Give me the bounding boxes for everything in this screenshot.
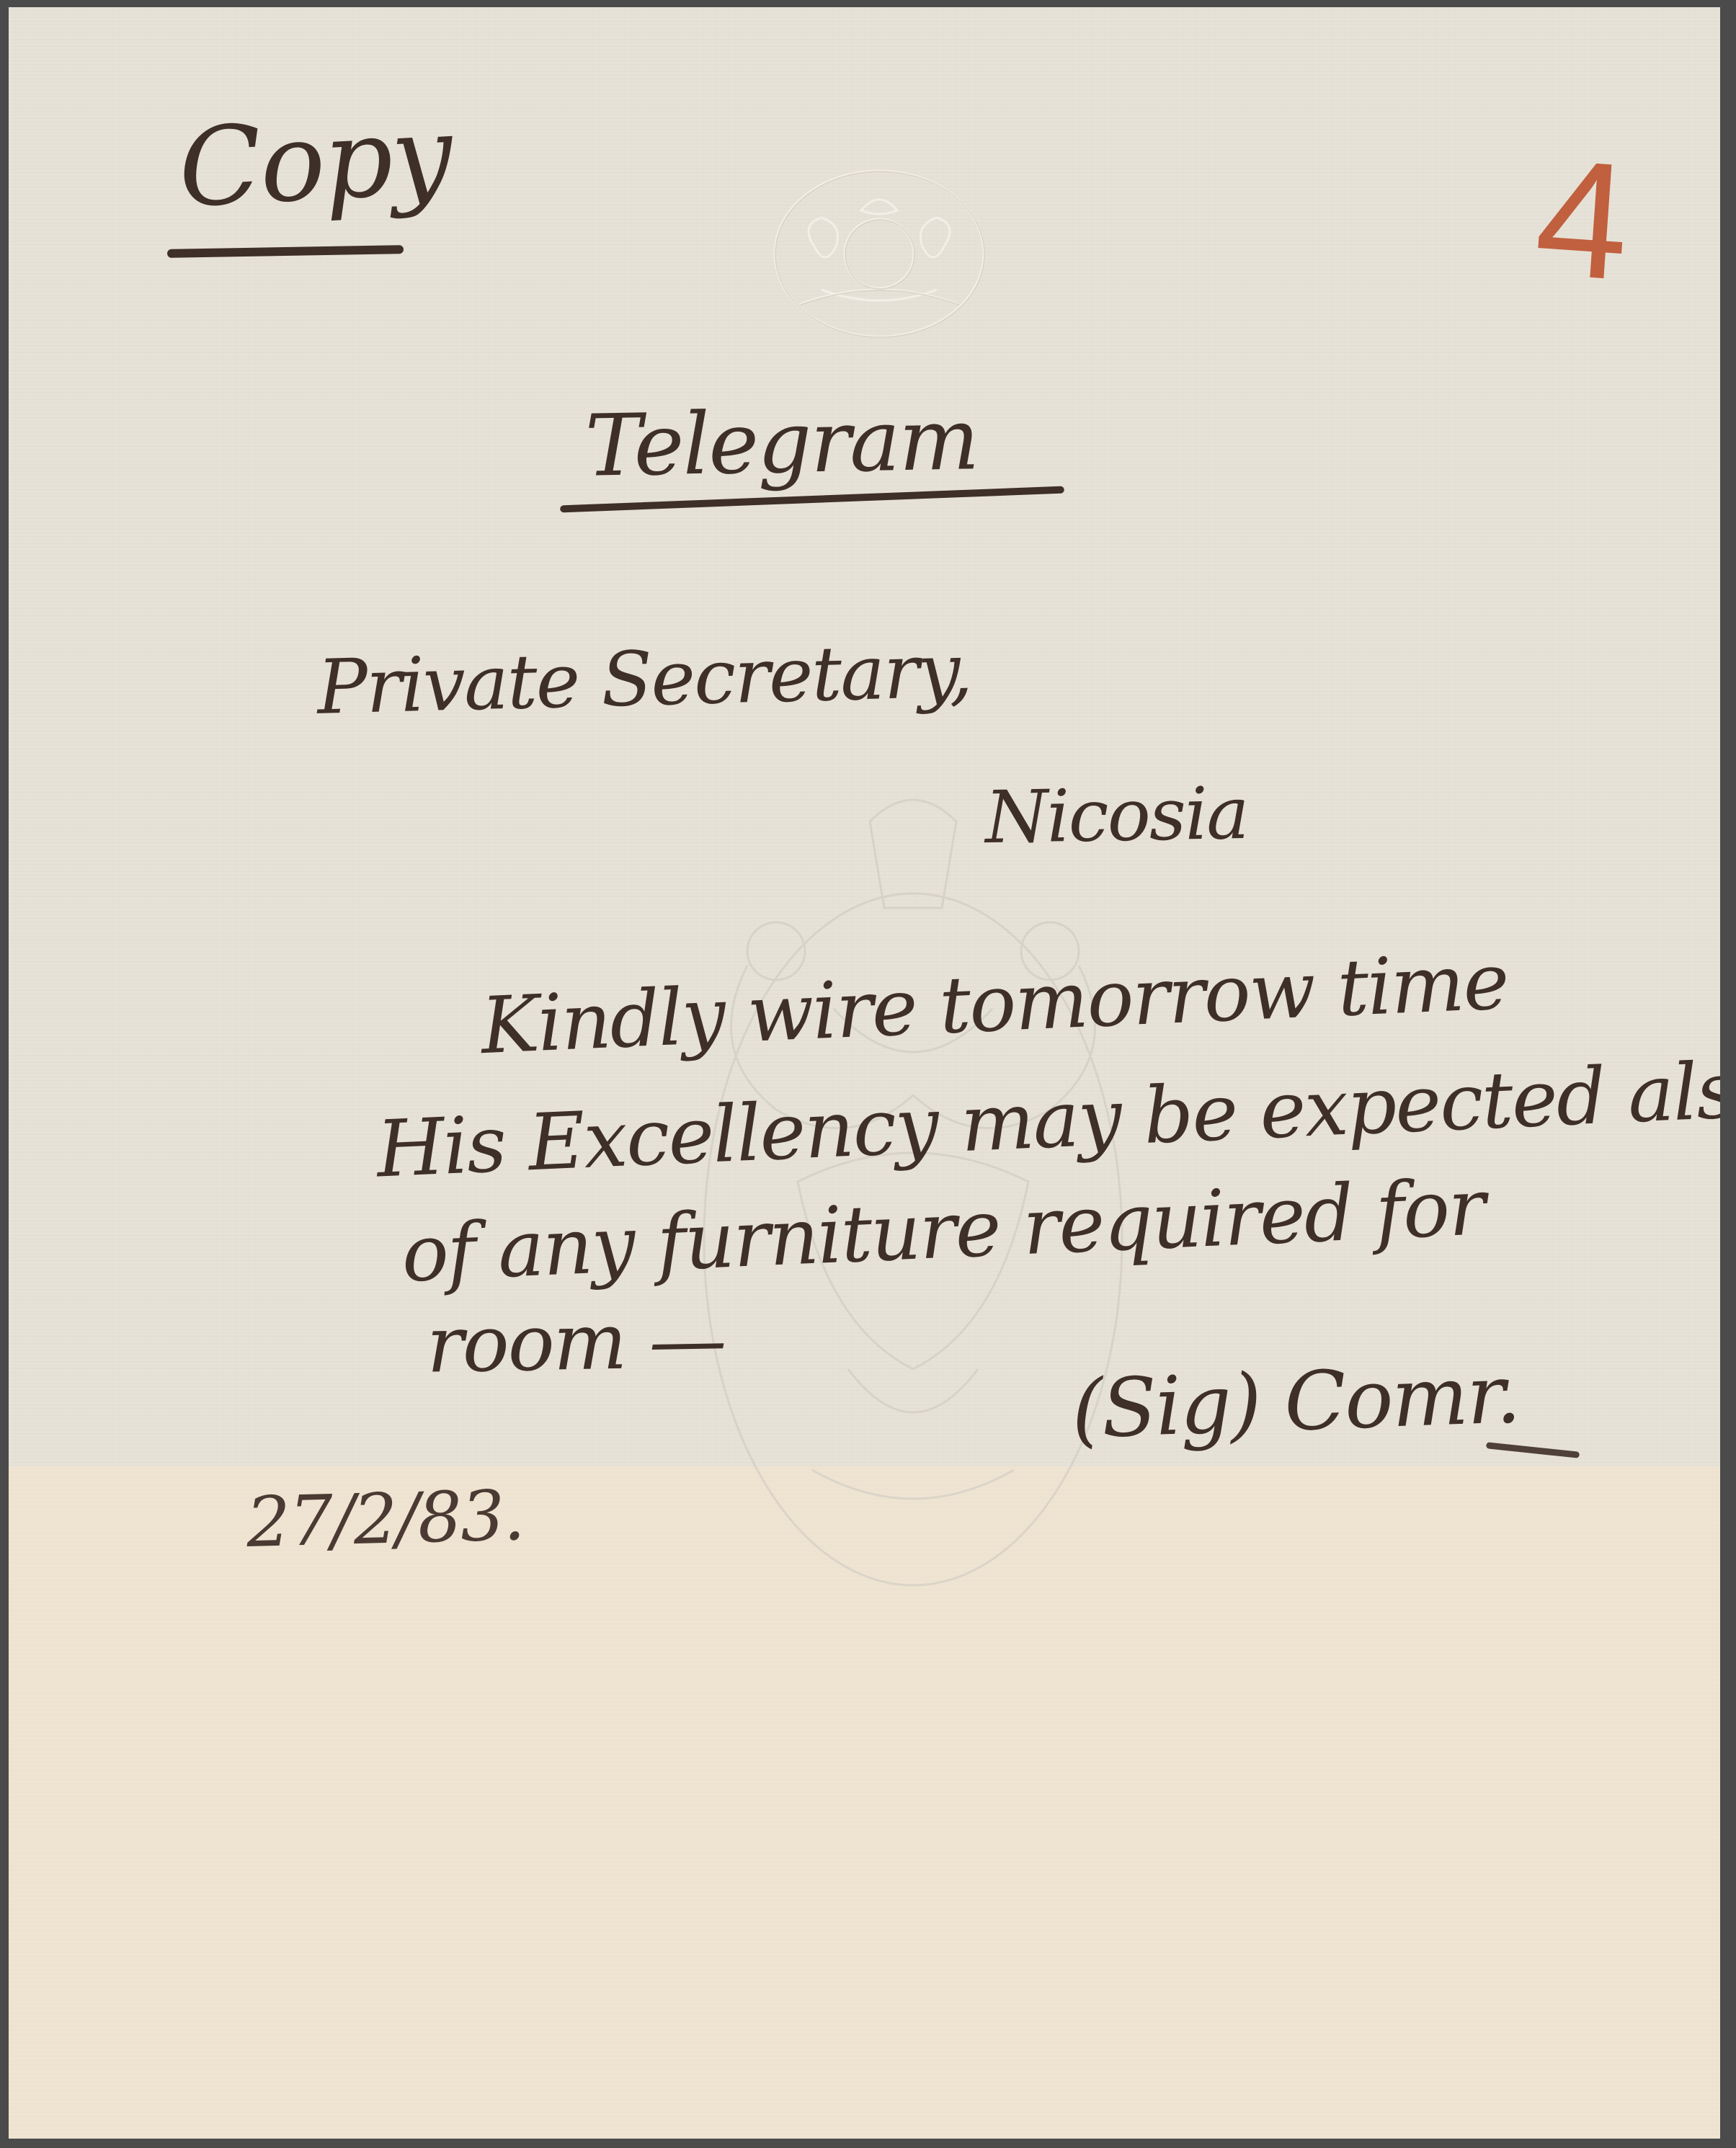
embossed-crest-icon (771, 167, 987, 340)
signature: (Sig) Comr. (1070, 1354, 1521, 1450)
copy-label: Copy (176, 101, 453, 223)
document-title: Telegram (584, 396, 979, 488)
addressee-city: Nicosia (984, 777, 1248, 854)
document-page: Copy 4 Telegram Private Secretary, Nicos… (9, 7, 1720, 2139)
body-line: room — (426, 1301, 726, 1384)
document-date: 27/2/83. (246, 1481, 525, 1557)
folio-number: 4 (1531, 134, 1634, 306)
addressee-title: Private Secretary, (316, 633, 972, 725)
